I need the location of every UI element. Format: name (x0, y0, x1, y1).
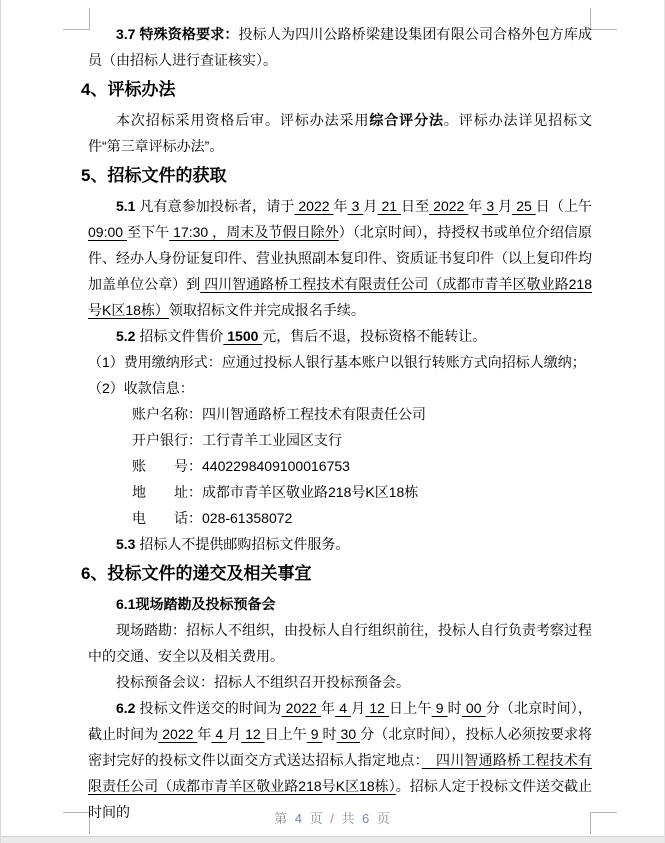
paragraph: 5.2 招标文件售价 1500 元，售后不退，投标资格不能转让。 (88, 323, 592, 349)
document-page: 3.7 特殊资格要求：投标人为四川公路桥梁建设集团有限公司合格外包方库成员（由招… (0, 0, 665, 843)
paragraph: 电 话：028-61358072 (132, 505, 592, 531)
page-footer: 第 4 页 / 共 6 页 (1, 806, 664, 832)
text-run: 25 (512, 198, 536, 214)
text-run: 账 号：4402298409100016753 (132, 458, 350, 474)
text-run: 月 (351, 700, 365, 716)
paragraph: 本次招标采用资格后审。评标办法采用综合评分法。评标办法详见招标文件“第三章评标办… (88, 107, 592, 159)
text-run: 9 (307, 726, 323, 742)
text-run: 月 (227, 726, 241, 742)
text-run: 3 (482, 198, 498, 214)
text-run: 3 (348, 198, 364, 214)
text-run: 时 (448, 700, 462, 716)
text-run: 月 (498, 198, 512, 214)
text-run: 12 (365, 700, 389, 716)
text-run: 30 (337, 726, 360, 742)
text-run: 开户银行：工行青羊工业园区支行 (132, 432, 342, 448)
text-run: 2022 (429, 198, 468, 214)
text-run: 日上午 (265, 726, 307, 742)
paragraph: 6.1现场踏勘及投标预备会 (88, 591, 592, 617)
section-heading: 4、评标办法 (81, 76, 592, 104)
paragraph: 现场踏勘：招标人不组织，由投标人自行组织前往，投标人自行负责考察过程中的交通、安… (88, 617, 592, 669)
footer-label-page-suffix: 页 (372, 811, 391, 826)
text-run: 月 (363, 198, 377, 214)
text-run: 17:30 ，周末及节假日除外 (169, 224, 339, 240)
text-run: 1500 (223, 328, 262, 344)
text-run: 6.2 (116, 700, 135, 716)
footer-total-page-number: 6 (362, 811, 370, 826)
text-run: 5、招标文件的获取 (81, 166, 226, 185)
text-run: 至下午 (127, 224, 169, 240)
text-run: 本次招标采用资格后审。评标办法采用 (116, 112, 369, 128)
text-run: 4、评标办法 (81, 80, 175, 99)
text-run: 招标文件售价 (135, 328, 223, 344)
text-run: 投标文件送交的时间为 (135, 700, 281, 716)
paragraph: （1）费用缴纳形式：应通过投标人银行基本账户以银行转账方式向招标人缴纳； (88, 349, 592, 375)
text-run: 5.3 (116, 536, 135, 552)
text-run: 日（上午 (536, 198, 592, 214)
text-run: 6.1现场踏勘及投标预备会 (116, 596, 275, 612)
text-run: 2022 (294, 198, 333, 214)
footer-label-page: 页 (305, 811, 328, 826)
paragraph: 开户银行：工行青羊工业园区支行 (132, 427, 592, 453)
document-body: 3.7 特殊资格要求：投标人为四川公路桥梁建设集团有限公司合格外包方库成员（由招… (88, 21, 592, 825)
paragraph: 账 号：4402298409100016753 (132, 453, 592, 479)
paragraph: 5.1 凡有意参加投标者，请于 2022 年 3 月 21 日至 2022 年 … (88, 193, 592, 323)
footer-label-total: 共 (337, 811, 360, 826)
text-run: 年 (321, 700, 335, 716)
section-heading: 5、招标文件的获取 (81, 162, 592, 190)
paragraph: 投标预备会议：招标人不组织召开投标预备会。 (88, 669, 592, 695)
text-run: 投标预备会议：招标人不组织召开投标预备会。 (116, 674, 410, 690)
paragraph: 5.3 招标人不提供邮购招标文件服务。 (88, 531, 592, 557)
text-run: 日上午 (389, 700, 432, 716)
paragraph: 地 址：成都市青羊区敬业路218号K区18栋 (132, 479, 592, 505)
footer-current-page-number: 4 (295, 811, 303, 826)
text-run: 3.7 特殊资格要求： (116, 26, 239, 42)
crop-mark-top-left (63, 8, 90, 30)
text-run: 账户名称：四川智通路桥工程技术有限责任公司 (132, 406, 426, 422)
section-heading: 6、投标文件的递交及相关事宜 (81, 560, 592, 588)
text-run: 现场踏勘：招标人不组织，由投标人自行组织前往，投标人自行负责考察过程中的交通、安… (88, 622, 592, 664)
text-run: 4 (211, 726, 227, 742)
paragraph: （2）收款信息： (88, 375, 592, 401)
paragraph: 账户名称：四川智通路桥工程技术有限责任公司 (132, 401, 592, 427)
text-run: 日至 (401, 198, 429, 214)
text-run: 年 (197, 726, 211, 742)
text-run: 电 话：028-61358072 (132, 510, 292, 526)
page-bottom-edge (1, 836, 664, 843)
crop-mark-top-right (590, 8, 617, 30)
text-run: （2）收款信息： (88, 380, 194, 396)
text-run: 6、投标文件的递交及相关事宜 (81, 564, 311, 583)
text-run: 09:00 (88, 224, 127, 240)
text-run: 2022 (158, 726, 197, 742)
text-run: 时 (323, 726, 337, 742)
text-run: 年 (334, 198, 348, 214)
text-run: 00 (462, 700, 486, 716)
text-run: 5.1 (116, 198, 135, 214)
paragraph: 3.7 特殊资格要求：投标人为四川公路桥梁建设集团有限公司合格外包方库成员（由招… (88, 21, 592, 73)
text-run: 5.2 (116, 328, 135, 344)
text-run: 综合评分法 (369, 112, 444, 128)
text-run: 21 (377, 198, 401, 214)
text-run: 年 (468, 198, 482, 214)
text-run: （1）费用缴纳形式：应通过投标人银行基本账户以银行转账方式向招标人缴纳； (88, 354, 586, 370)
footer-separator-slash: / (330, 811, 335, 826)
text-run: 领取招标文件并完成报名手续。 (169, 302, 365, 318)
text-run: 地 址：成都市青羊区敬业路218号K区18栋 (132, 484, 418, 500)
text-run: 2022 (282, 700, 321, 716)
footer-label-prefix: 第 (274, 811, 293, 826)
text-run: 凡有意参加投标者，请于 (135, 198, 294, 214)
text-run: 12 (241, 726, 264, 742)
text-run: 4 (335, 700, 351, 716)
text-run: 9 (432, 700, 448, 716)
text-run: 招标人不提供邮购招标文件服务。 (135, 536, 349, 552)
text-run: 元，售后不退，投标资格不能转让。 (262, 328, 486, 344)
